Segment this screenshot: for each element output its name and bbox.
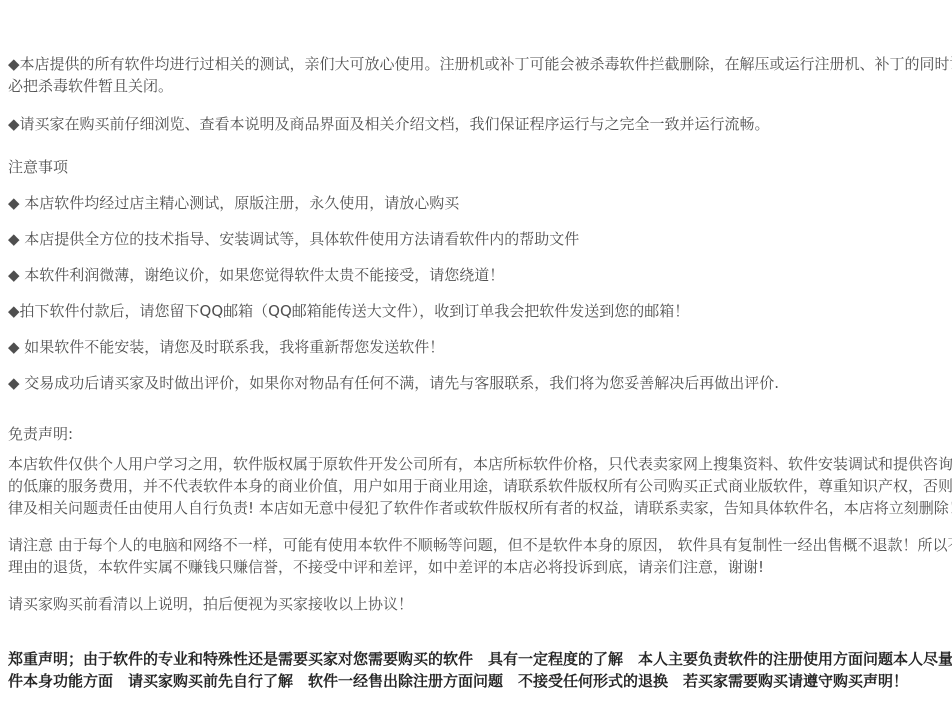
solemn-statement-paragraph: 郑重声明；由于软件的专业和特殊性还是需要买家对您需要购买的软件 具有一定程度的了… bbox=[8, 648, 948, 692]
seller-notice-page: ◆本店提供的所有软件均进行过相关的测试，亲们大可放心使用。注册机或补丁可能会被杀… bbox=[0, 0, 952, 701]
disclaimer-line: 本店软件仅供个人用户学习之用，软件版权属于原软件开发公司所有，本店所标软件价格，… bbox=[8, 453, 948, 475]
disclaimer-line: 的低廉的服务费用，并不代表软件本身的商业价值，用户如用于商业用途，请联系软件版权… bbox=[8, 475, 948, 497]
note-item-no-bargain: ◆ 本软件利润微薄，谢绝议价，如果您觉得软件太贵不能接受，请您绕道！ bbox=[8, 264, 948, 286]
disclaimer-line: 律及相关问题责任由使用人自行负责! 本店如无意中侵犯了软件作者或软件版权所有者的… bbox=[8, 497, 948, 519]
note-item-qq-email: ◆拍下软件付款后，请您留下QQ邮箱（QQ邮箱能传送大文件），收到订单我会把软件发… bbox=[8, 300, 948, 322]
no-refund-notice-paragraph: 请注意 由于每个人的电脑和网络不一样，可能有使用本软件不顺畅等问题，但不是软件本… bbox=[8, 534, 948, 578]
disclaimer-paragraph: 本店软件仅供个人用户学习之用，软件版权属于原软件开发公司所有，本店所标软件价格，… bbox=[8, 453, 948, 519]
disclaimer-heading: 免责声明: bbox=[8, 423, 948, 445]
intro-line: ◆本店提供的所有软件均进行过相关的测试，亲们大可放心使用。注册机或补丁可能会被杀… bbox=[8, 53, 948, 75]
notes-heading: 注意事项 bbox=[8, 156, 948, 178]
note-item-feedback: ◆ 交易成功后请买家及时做出评价，如果你对物品有任何不满，请先与客服联系，我们将… bbox=[8, 372, 948, 394]
note-item-resend: ◆ 如果软件不能安装，请您及时联系我，我将重新帮您发送软件！ bbox=[8, 336, 948, 358]
agreement-line: 请买家购买前看清以上说明，拍后便视为买家接收以上协议！ bbox=[8, 593, 948, 615]
notice-line: 请注意 由于每个人的电脑和网络不一样，可能有使用本软件不顺畅等问题，但不是软件本… bbox=[8, 534, 948, 556]
intro-line: 必把杀毒软件暂且关闭。 bbox=[8, 75, 948, 97]
note-item-tested: ◆ 本店软件均经过店主精心测试，原版注册，永久使用，请放心购买 bbox=[8, 192, 948, 214]
solemn-line: 郑重声明；由于软件的专业和特殊性还是需要买家对您需要购买的软件 具有一定程度的了… bbox=[8, 648, 948, 670]
notice-line: 理由的退货，本软件实属不赚钱只赚信誉，不接受中评和差评，如中差评的本店必将投诉到… bbox=[8, 556, 948, 578]
solemn-line: 件本身功能方面 请买家购买前先自行了解 软件一经售出除注册方面问题 不接受任何形… bbox=[8, 670, 948, 692]
note-item-support: ◆ 本店提供全方位的技术指导、安装调试等，具体软件使用方法请看软件内的帮助文件 bbox=[8, 228, 948, 250]
intro-paragraph-browse: ◆请买家在购买前仔细浏览、查看本说明及商品界面及相关介绍文档，我们保证程序运行与… bbox=[8, 113, 948, 135]
intro-paragraph-testing: ◆本店提供的所有软件均进行过相关的测试，亲们大可放心使用。注册机或补丁可能会被杀… bbox=[8, 53, 948, 97]
